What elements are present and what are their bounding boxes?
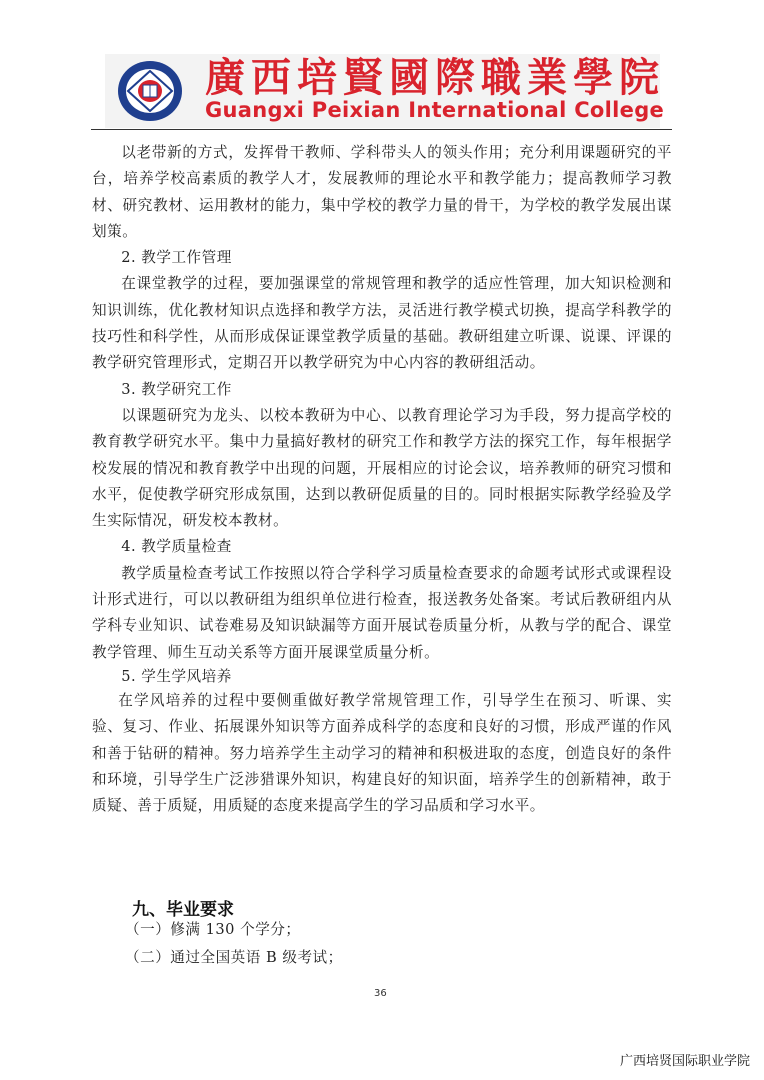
graduation-requirements-heading: 九、毕业要求 [132,895,234,920]
header-banner: 廣西培賢國際職業學院 Guangxi Peixian International… [105,54,660,128]
header-divider [91,129,672,130]
section-heading: 5. 学生学风培养 [92,666,672,688]
section-heading: 2. 教学工作管理 [92,245,672,271]
college-seal-icon [117,60,183,122]
college-name-english: Guangxi Peixian International College [205,98,664,122]
page-number: 36 [374,988,387,999]
document-body: 以老带新的方式，发挥骨干教师、学科带头人的领头作用；充分利用课题研究的平台，培养… [92,140,672,819]
requirement-item: （一）修满 130 个学分； [125,918,300,939]
section-heading: 3. 教学研究工作 [92,377,672,403]
college-name-chinese: 廣西培賢國際職業學院 [205,56,665,100]
intro-paragraph: 以老带新的方式，发挥骨干教师、学科带头人的领头作用；充分利用课题研究的平台，培养… [92,140,672,245]
requirement-item: （二）通过全国英语 B 级考试； [125,946,343,967]
footer-watermark: 广西培贤国际职业学院 [620,1050,750,1069]
section-heading: 4. 教学质量检查 [92,534,672,560]
section-paragraph: 在课堂教学的过程，要加强课堂的常规管理和教学的适应性管理，加大知识检测和知识训练… [92,271,672,376]
section-paragraph: 以课题研究为龙头、以校本教研为中心、以教育理论学习为手段，努力提高学校的教育教学… [92,403,672,534]
section-paragraph: 教学质量检查考试工作按照以符合学科学习质量检查要求的命题考试形式或课程设计形式进… [92,561,672,666]
section-paragraph: 在学风培养的过程中要侧重做好教学常规管理工作，引导学生在预习、听课、实验、复习、… [92,688,672,819]
